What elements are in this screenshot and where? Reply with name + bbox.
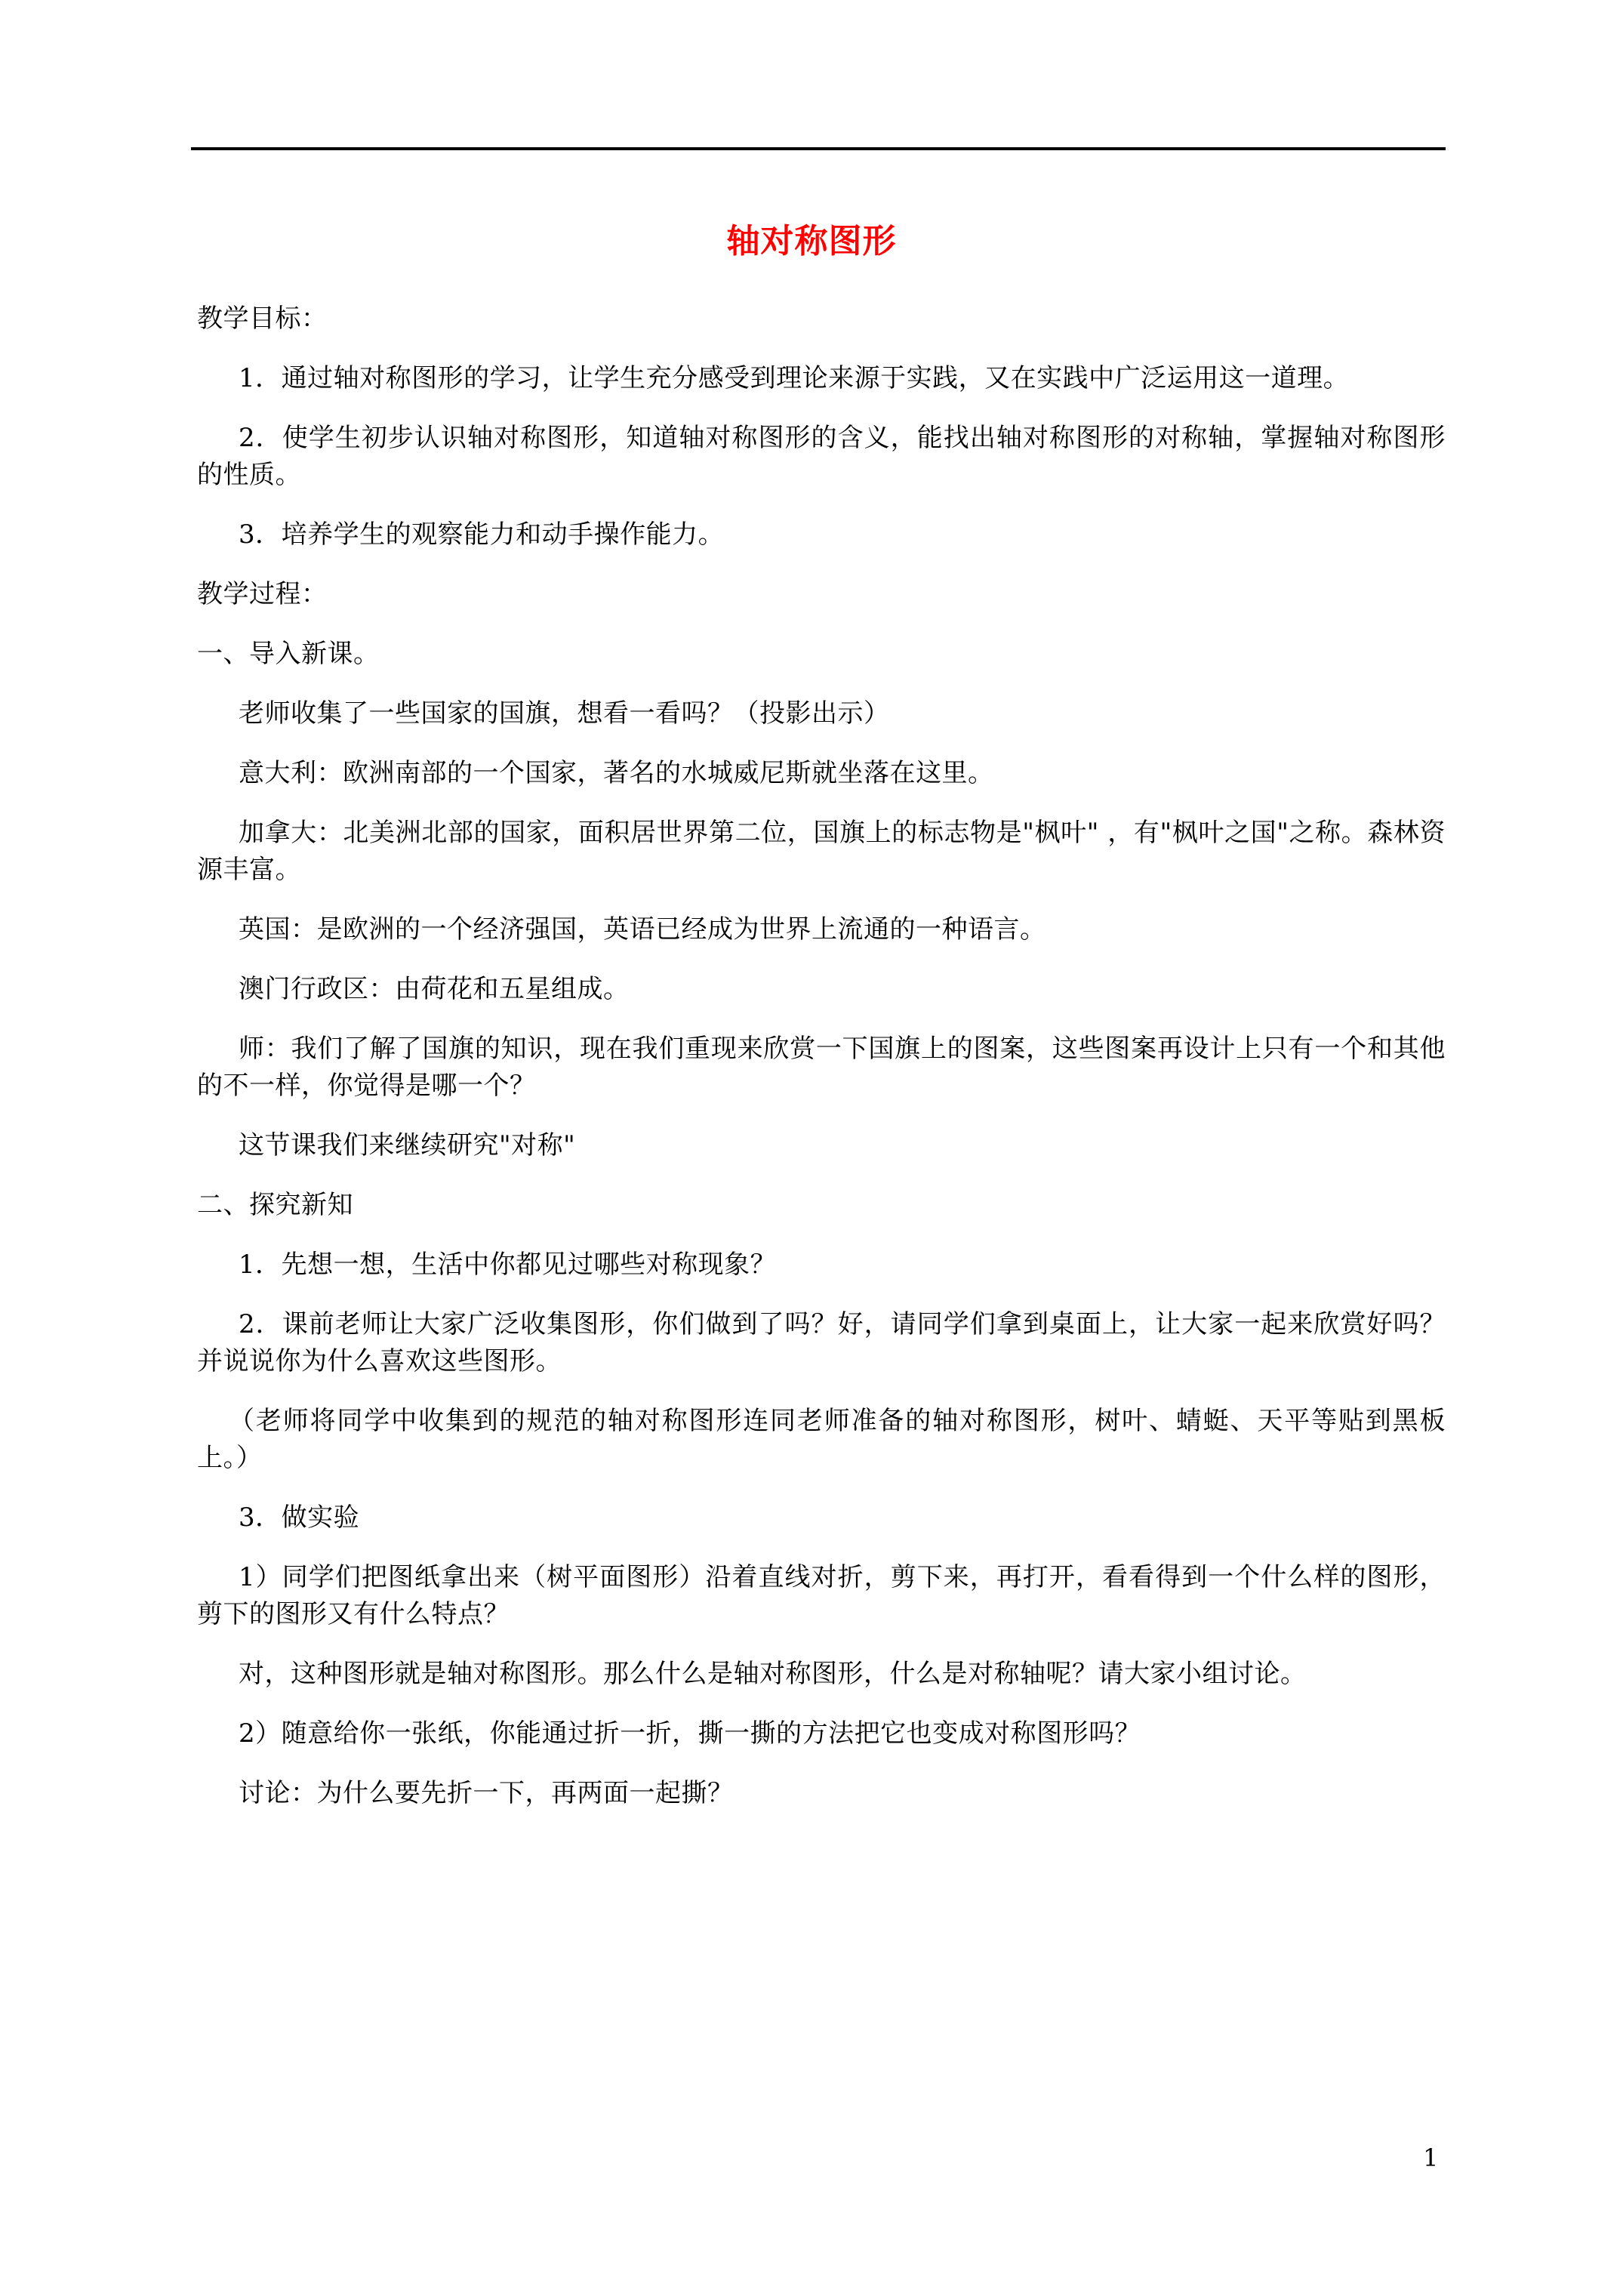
explore-item-3: 3．做实验 bbox=[197, 1499, 1446, 1536]
section-heading-introduction: 一、导入新课。 bbox=[197, 636, 1446, 673]
heading-teaching-process: 教学过程： bbox=[197, 576, 1446, 613]
objective-3: 3．培养学生的观察能力和动手操作能力。 bbox=[197, 516, 1446, 553]
section-heading-explore: 二、探究新知 bbox=[197, 1187, 1446, 1224]
objective-1: 1．通过轴对称图形的学习，让学生充分感受到理论来源于实践，又在实践中广泛运用这一… bbox=[197, 360, 1446, 397]
page-number: 1 bbox=[1423, 2143, 1438, 2173]
explore-note: （老师将同学中收集到的规范的轴对称图形连同老师准备的轴对称图形，树叶、蜻蜓、天平… bbox=[197, 1403, 1446, 1477]
heading-teaching-objectives: 教学目标： bbox=[197, 300, 1446, 337]
experiment-step-2: 2）随意给你一张纸，你能通过折一折，撕一撕的方法把它也变成对称图形吗？ bbox=[197, 1715, 1446, 1752]
paragraph-definition-discussion: 对，这种图形就是轴对称图形。那么什么是轴对称图形，什么是对称轴呢？请大家小组讨论… bbox=[197, 1656, 1446, 1693]
header-rule bbox=[191, 147, 1446, 150]
document-title: 轴对称图形 bbox=[0, 219, 1623, 264]
explore-item-1: 1．先想一想，生活中你都见过哪些对称现象？ bbox=[197, 1247, 1446, 1284]
explore-item-2: 2．课前老师让大家广泛收集图形，你们做到了吗？好，请同学们拿到桌面上，让大家一起… bbox=[197, 1306, 1446, 1380]
experiment-step-1: 1）同学们把图纸拿出来（树平面图形）沿着直线对折，剪下来，再打开，看看得到一个什… bbox=[197, 1559, 1446, 1633]
paragraph-flags-intro: 老师收集了一些国家的国旗，想看一看吗？（投影出示） bbox=[197, 695, 1446, 732]
paragraph-discussion-question: 讨论：为什么要先折一下，再两面一起撕？ bbox=[197, 1775, 1446, 1812]
document-body: 教学目标： 1．通过轴对称图形的学习，让学生充分感受到理论来源于实践，又在实践中… bbox=[197, 300, 1446, 1835]
paragraph-canada: 加拿大：北美洲北部的国家，面积居世界第二位，国旗上的标志物是"枫叶" ，有"枫叶… bbox=[197, 815, 1446, 889]
paragraph-lesson-topic: 这节课我们来继续研究"对称" bbox=[197, 1127, 1446, 1164]
paragraph-italy: 意大利：欧洲南部的一个国家，著名的水城威尼斯就坐落在这里。 bbox=[197, 755, 1446, 792]
paragraph-uk: 英国：是欧洲的一个经济强国，英语已经成为世界上流通的一种语言。 bbox=[197, 911, 1446, 948]
paragraph-macau: 澳门行政区：由荷花和五星组成。 bbox=[197, 971, 1446, 1008]
paragraph-teacher-question: 师：我们了解了国旗的知识，现在我们重现来欣赏一下国旗上的图案，这些图案再设计上只… bbox=[197, 1031, 1446, 1105]
objective-2: 2．使学生初步认识轴对称图形，知道轴对称图形的含义，能找出轴对称图形的对称轴，掌… bbox=[197, 420, 1446, 494]
